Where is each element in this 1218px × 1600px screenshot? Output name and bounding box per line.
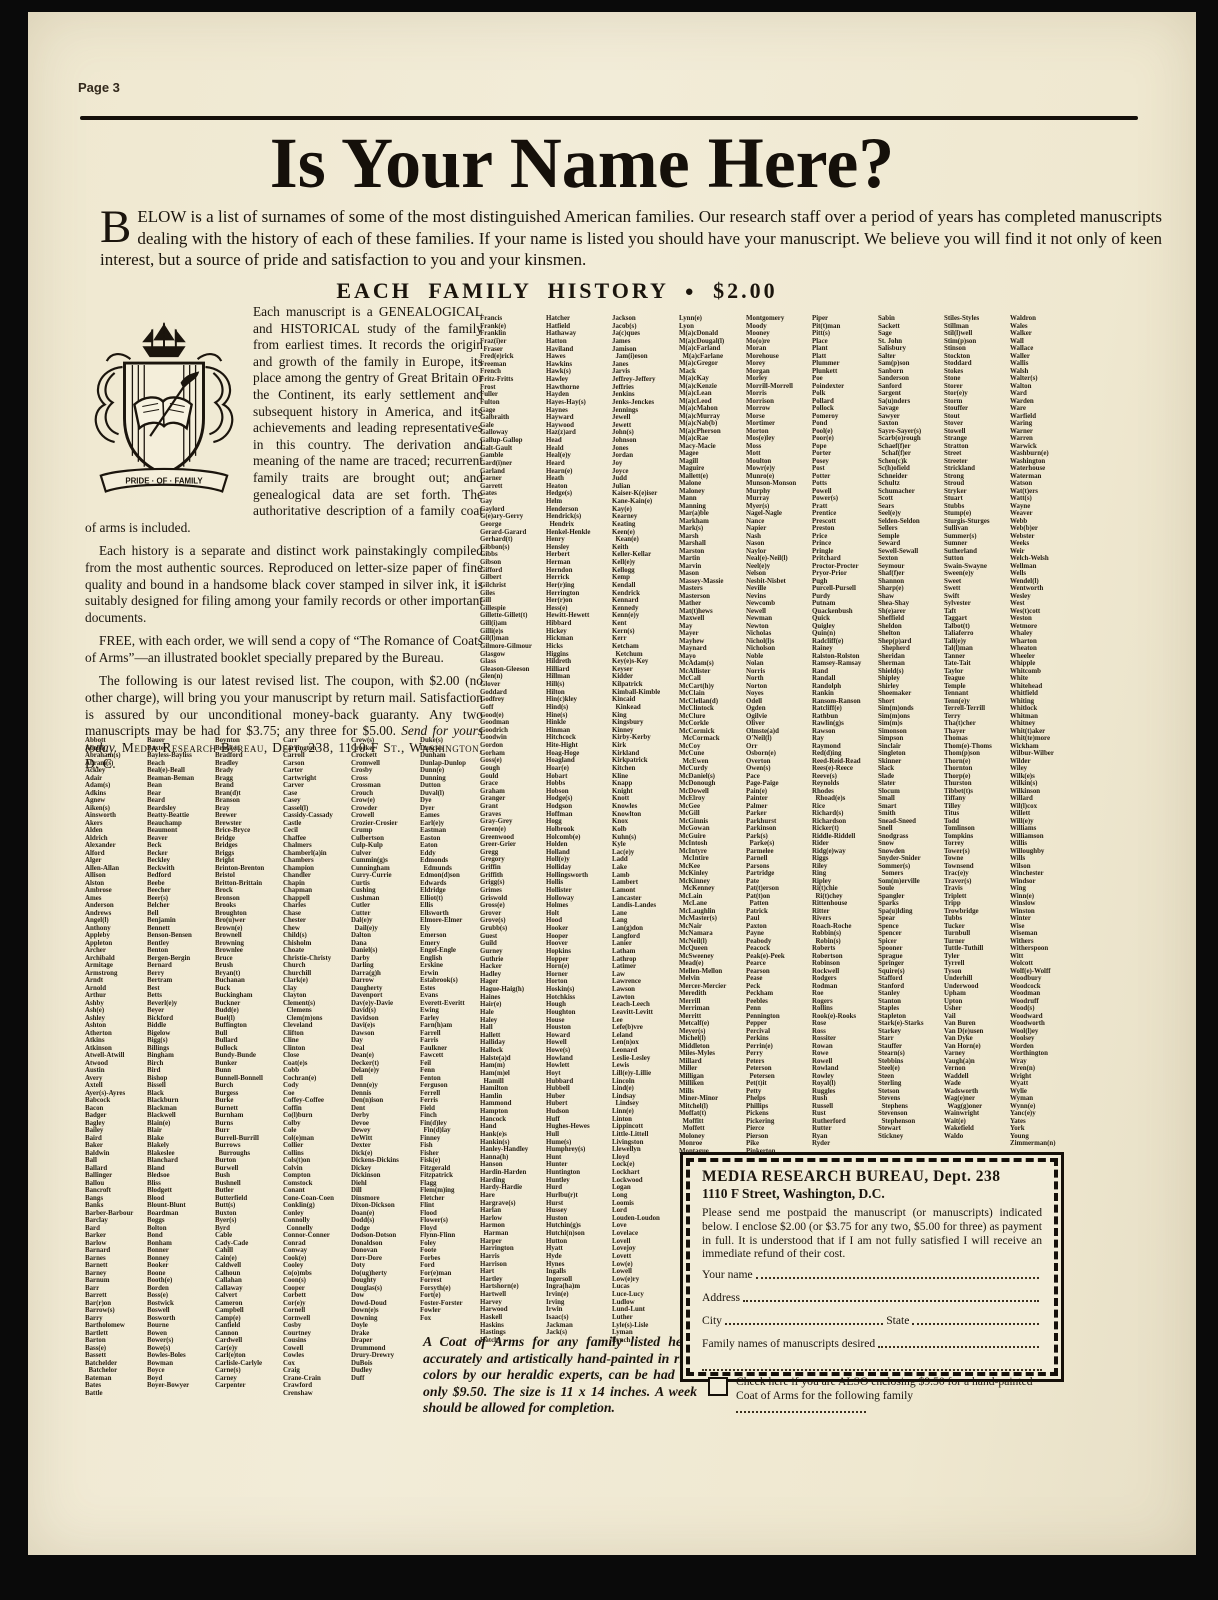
family-names-field-row: Family names of manuscripts desired <box>702 1336 1042 1350</box>
surname-column-2: Bauer Baxter Bayless-Bayliss Beach Beal(… <box>147 737 213 1390</box>
surname-column-13: Sabin Sackett Sage St. John Salisbury Sa… <box>878 315 944 1140</box>
coupon-address-line: 1110 F Street, Washington, D.C. <box>702 1186 1042 1202</box>
coupon-body-text: Please send me postpaid the manuscript (… <box>702 1206 1042 1261</box>
page-number: Page 3 <box>78 80 120 95</box>
coat-of-arms-illustration: PRIDE · OF · FAMILY <box>85 308 243 504</box>
paragraph-3: FREE, with each order, we will send a co… <box>85 633 483 666</box>
bullet-icon: ● <box>685 284 697 300</box>
hand-painted-note: A Coat of Arms for any family listed her… <box>423 1334 697 1417</box>
family-names-line[interactable] <box>878 1336 1039 1348</box>
open-book-icon <box>134 397 191 428</box>
surname-column-11: Montgomery Moody Mooney Mo(o)re Moran Mo… <box>746 315 812 1155</box>
section-heading-left: EACH FAMILY HISTORY <box>336 278 668 303</box>
surname-column-8: Hatcher Hatfield Hathaway Hatton Havilan… <box>546 315 612 1337</box>
coupon-inner-border: MEDIA RESEARCH BUREAU, Dept. 238 1110 F … <box>686 1158 1058 1376</box>
section-heading-price: $2.00 <box>713 278 778 303</box>
checkbox-label: Check here if you are ALSO enclosing $9.… <box>736 1375 1042 1417</box>
ship-icon <box>144 324 184 357</box>
surname-column-7: Francis Frank(e) Franklin Fraz(i)er Fras… <box>480 315 546 1344</box>
top-rule <box>80 116 1138 120</box>
surname-column-3: Boynton Bracken Bradford Bradley Brady B… <box>215 737 281 1390</box>
name-field-row: Your name <box>702 1267 1042 1281</box>
paper-sheet: Page 3 Is Your Name Here? BELOW is a lis… <box>28 12 1196 1555</box>
address-field-row: Address <box>702 1290 1042 1304</box>
surname-column-4: Carr Carrington Carroll Carson Carter Ca… <box>283 737 349 1397</box>
checkbox-fill-line[interactable] <box>736 1402 866 1413</box>
surname-column-6: Duke(s) Duncan Dunham Dunlap-Dunlop Dunn… <box>420 737 486 1322</box>
surname-column-5: Crew(s) Crocker Crockett Cromwell Crosby… <box>351 737 417 1382</box>
surname-column-1: Abbott Abel(l) Abraham(s) Abram(s) Ackle… <box>85 737 151 1397</box>
address-field-label: Address <box>702 1291 740 1304</box>
family-names-label: Family names of manuscripts desired <box>702 1337 875 1350</box>
city-state-field-row: City State <box>702 1313 1042 1327</box>
intro-text: ELOW is a list of surnames of some of th… <box>100 207 1162 269</box>
body-copy: PRIDE · OF · FAMILY Each manuscript is a… <box>85 304 483 780</box>
magazine-page: Page 3 Is Your Name Here? BELOW is a lis… <box>0 0 1218 1600</box>
surname-column-14: Stiles-Styles Stillman Stil(l)well Stim(… <box>944 315 1010 1140</box>
name-field-line[interactable] <box>756 1267 1039 1279</box>
surname-column-15: Waldron Wales Walker Wall Wallace Waller… <box>1010 315 1076 1148</box>
surname-column-9: Jackson Jacob(s) Ja(c)ques James Jamison… <box>612 315 678 1344</box>
motto-banner: PRIDE · OF · FAMILY <box>101 469 227 491</box>
state-field-line[interactable] <box>912 1313 1039 1325</box>
paragraph-2: Each history is a separate and distinct … <box>85 543 483 626</box>
motto-text: PRIDE · OF · FAMILY <box>125 477 203 486</box>
drop-cap: B <box>100 206 137 246</box>
city-field-line[interactable] <box>725 1313 883 1325</box>
coupon-checkbox[interactable] <box>708 1377 728 1396</box>
state-field-label: State <box>886 1314 909 1327</box>
checkbox-row: Check here if you are ALSO enclosing $9.… <box>702 1375 1042 1417</box>
surname-column-10: Lynn(e) Lyon M(a)cDonald M(a)cDougal(l) … <box>679 315 745 1155</box>
coupon-title: MEDIA RESEARCH BUREAU, Dept. 238 <box>702 1168 1042 1186</box>
extra-fill-line[interactable] <box>702 1359 1042 1371</box>
surname-column-12: Piper Pit(t)man Pitt(s) Place Plant Plat… <box>812 315 878 1148</box>
name-field-label: Your name <box>702 1268 753 1281</box>
city-field-label: City <box>702 1314 722 1327</box>
checkbox-label-text: Check here if you are ALSO enclosing $9.… <box>736 1375 1033 1402</box>
coupon-box: MEDIA RESEARCH BUREAU, Dept. 238 1110 F … <box>680 1152 1064 1382</box>
intro-paragraph: BELOW is a list of surnames of some of t… <box>100 206 1162 271</box>
page-title: Is Your Name Here? <box>88 122 1076 205</box>
address-field-line[interactable] <box>743 1290 1039 1302</box>
section-heading: EACH FAMILY HISTORY ● $2.00 <box>272 278 842 304</box>
